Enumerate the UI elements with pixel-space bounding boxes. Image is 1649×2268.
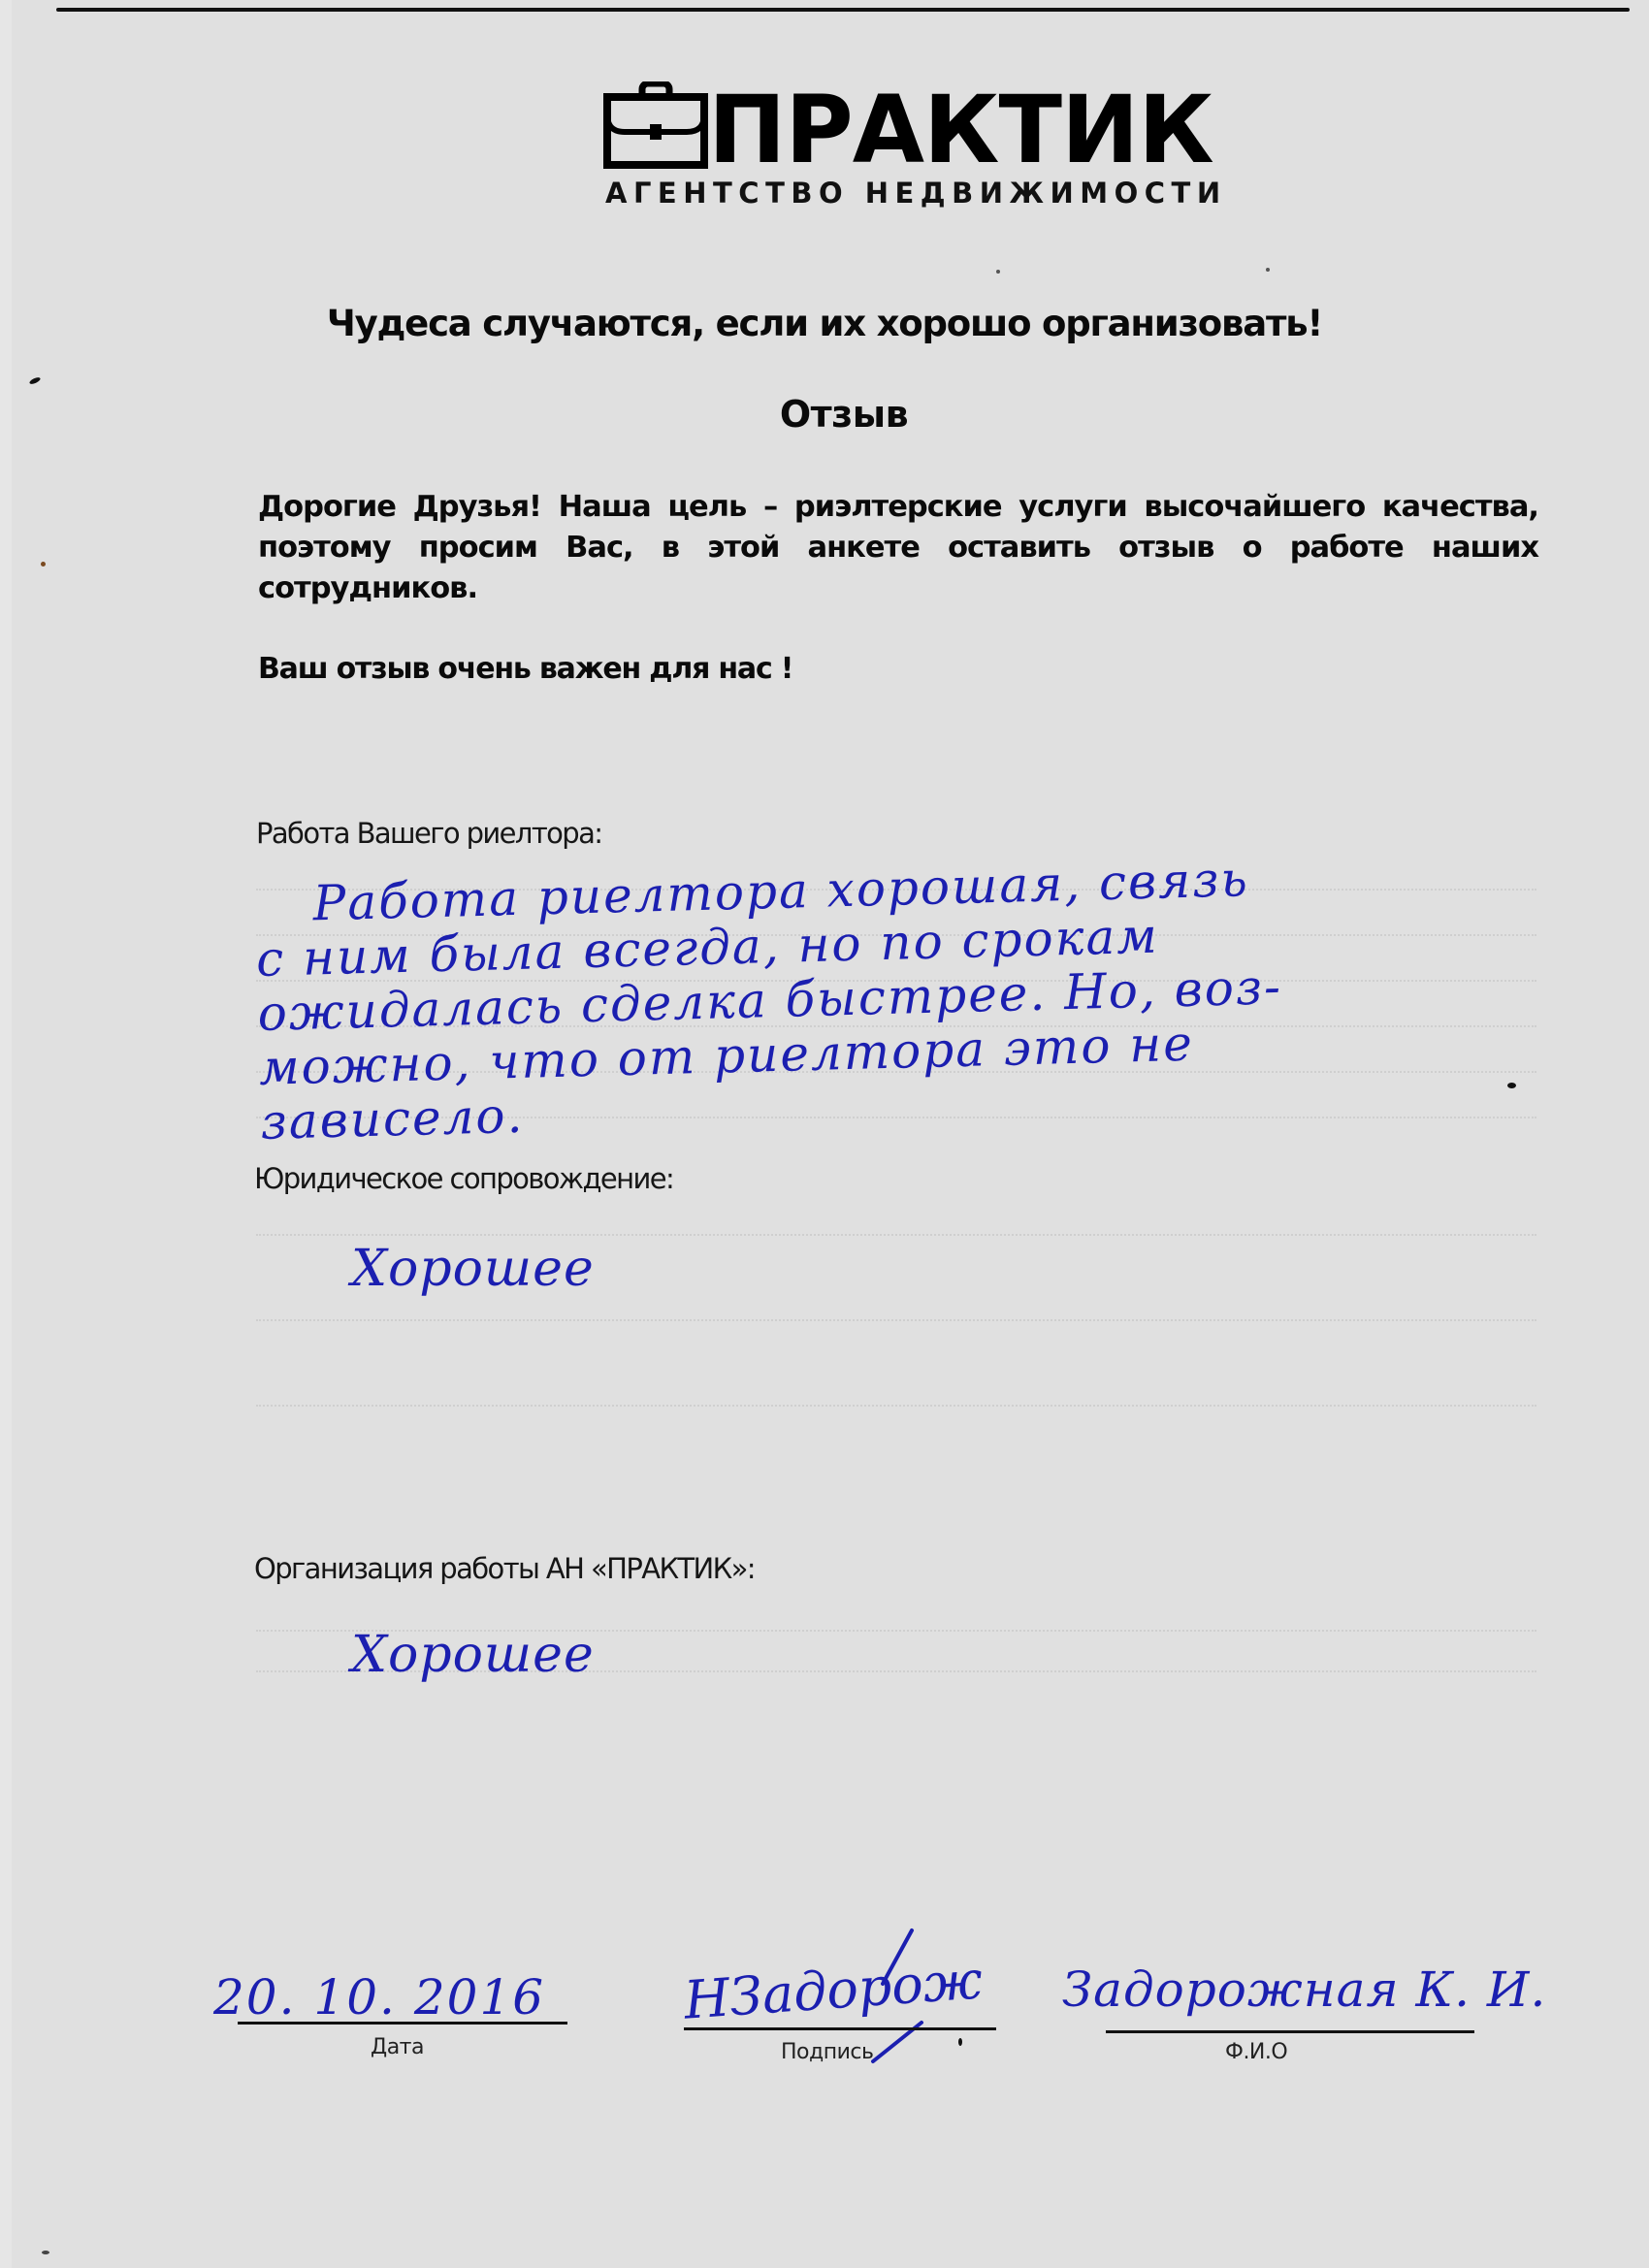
page-title: Отзыв — [0, 393, 1649, 436]
scan-speck — [41, 562, 46, 567]
company-logo: ПРАКТИК АГЕНТСТВО НЕДВИЖИМОСТИ — [601, 81, 1203, 208]
answer-line — [256, 1319, 1536, 1321]
handwritten-answer-legal-support: Хорошее — [351, 1240, 595, 1298]
brand-name: ПРАКТИК — [708, 83, 1213, 177]
answer-line — [256, 1234, 1536, 1236]
date-caption: Дата — [371, 2035, 424, 2059]
handwritten-answer-agency-organization: Хорошее — [351, 1626, 595, 1684]
intro-important-note: Ваш отзыв очень важен для нас ! — [258, 652, 792, 686]
handwritten-answer-realtor-work: Работа риелтора хорошая, связь с ним был… — [254, 845, 1522, 1150]
scan-top-edge — [56, 8, 1630, 12]
intro-paragraph: Дорогие Друзья! Наша цель – риэлтерские … — [258, 487, 1538, 609]
scan-speck — [1266, 268, 1270, 272]
date-line — [238, 2022, 567, 2025]
handwritten-date: 20. 10. 2016 — [213, 1969, 545, 2025]
field-label-agency-organization: Организация работы АН «ПРАКТИК»: — [254, 1552, 755, 1585]
full-name-caption: Ф.И.О — [1225, 2040, 1287, 2064]
scan-speck — [958, 2038, 962, 2046]
handwritten-full-name: Задорожная К. И. — [1062, 1961, 1546, 2018]
briefcase-icon — [603, 81, 708, 169]
tagline: Чудеса случаются, если их хорошо организ… — [0, 303, 1649, 344]
full-name-line — [1106, 2030, 1474, 2033]
scan-speck — [1507, 1083, 1516, 1088]
field-label-realtor-work: Работа Вашего риелтора: — [256, 817, 601, 850]
brand-subtitle: АГЕНТСТВО НЕДВИЖИМОСТИ — [605, 177, 1227, 210]
answer-line — [256, 1405, 1536, 1407]
scan-speck — [29, 376, 42, 386]
field-label-legal-support: Юридическое сопровождение: — [254, 1162, 673, 1195]
signature-line — [684, 2027, 996, 2030]
signature-caption: Подпись — [781, 2040, 873, 2064]
scan-speck — [42, 2251, 49, 2254]
scan-speck — [996, 270, 1000, 274]
